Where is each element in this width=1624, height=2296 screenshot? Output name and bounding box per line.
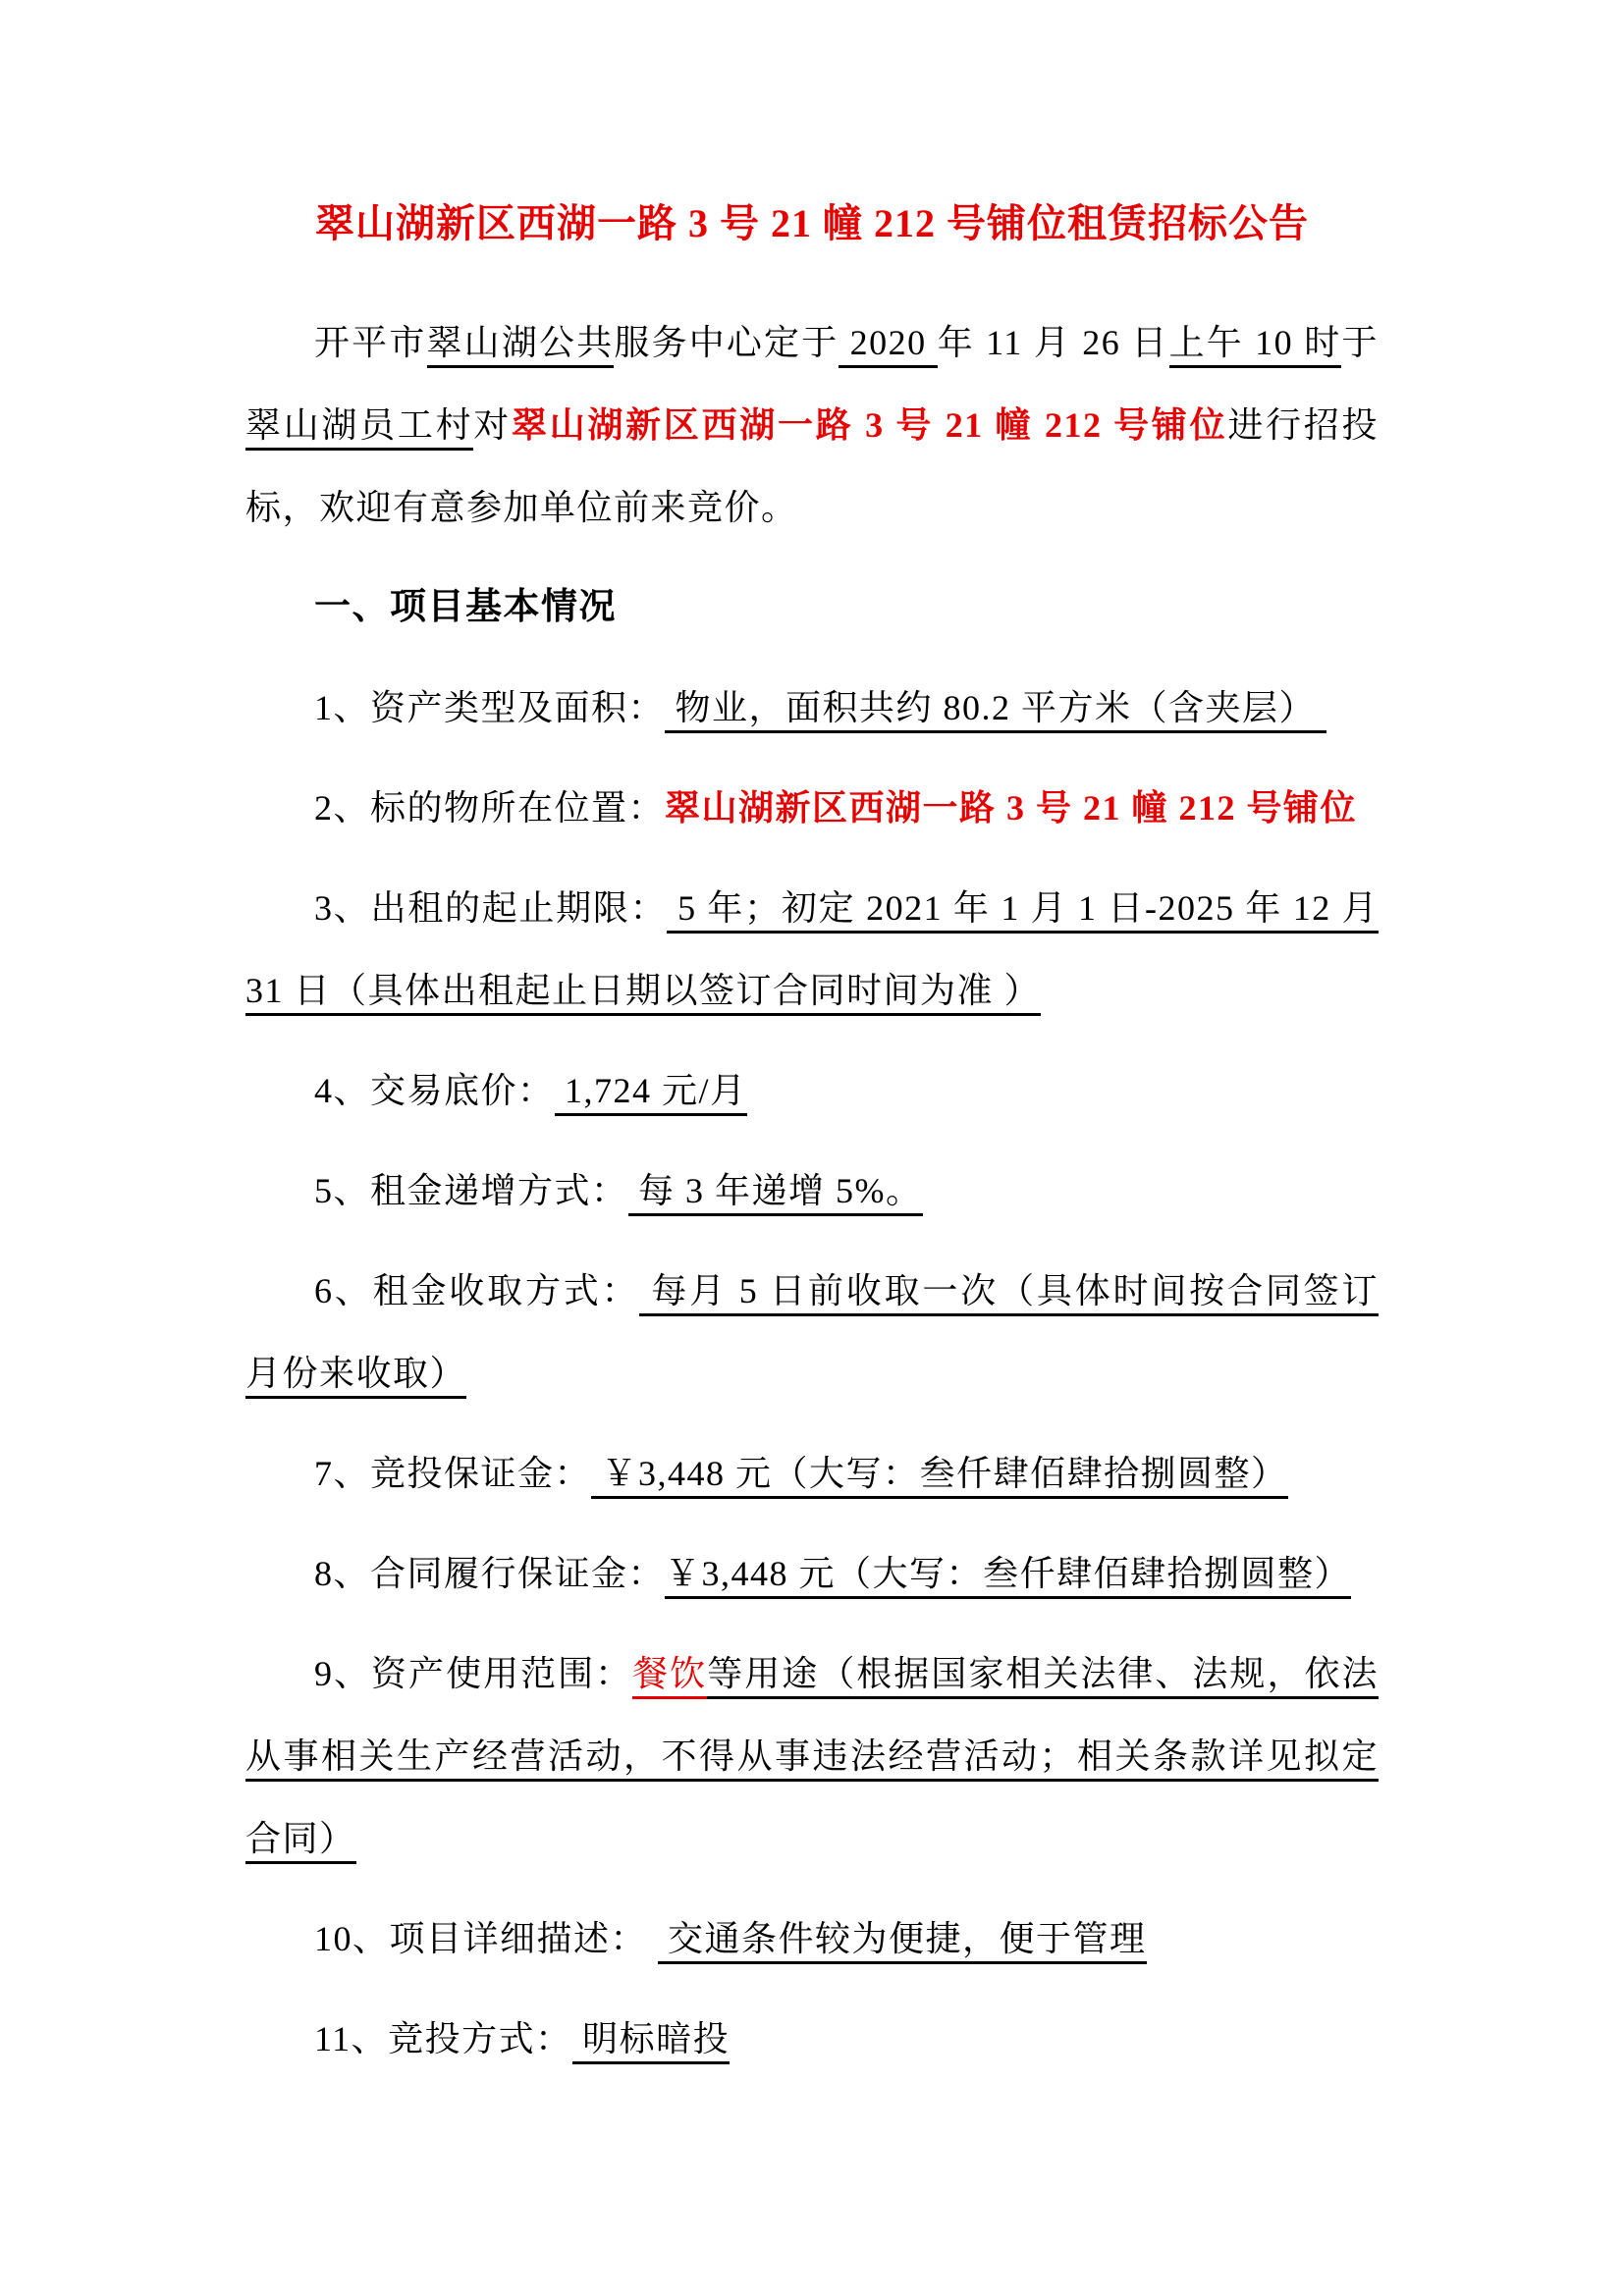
text-run: 餐饮	[632, 1654, 707, 1699]
document-title: 翠山湖新区西湖一路 3 号 21 幢 212 号铺位租赁招标公告	[245, 191, 1379, 256]
item-6-rent-collection-line-2: 月份来收取）	[245, 1332, 1379, 1415]
section-heading: 一、项目基本情况	[245, 566, 1379, 649]
item-10-description: 10、项目详细描述： 交通条件较为便捷，便于管理	[245, 1897, 1379, 1980]
text-run: 年 11 月 26 日	[938, 323, 1169, 362]
intro-line-2: 翠山湖员工村对翠山湖新区西湖一路 3 号 21 幢 212 号铺位进行招投	[245, 384, 1379, 466]
text-run: ￥3,448 元（大写：叁仟肆佰肆拾捌圆整）	[665, 1554, 1351, 1599]
text-run: 11、竞投方式：	[314, 2019, 572, 2058]
text-run: 上午 10 时	[1169, 323, 1342, 368]
item-4-base-price: 4、交易底价： 1,724 元/月	[245, 1049, 1379, 1132]
text-run: 5、租金递增方式：	[314, 1171, 628, 1210]
text-run: 1,724 元/月	[555, 1071, 747, 1116]
text-run: 于	[1341, 323, 1379, 362]
text-run: 等用途（根据国家相关法律、法规，依法	[707, 1654, 1379, 1699]
item-5-rent-increase: 5、租金递增方式： 每 3 年递增 5%。	[245, 1149, 1379, 1232]
text-run: 翠山湖新区西湖一路 3 号 21 幢 212 号铺位	[665, 788, 1357, 828]
text-run: 7、竞投保证金：	[314, 1454, 591, 1493]
text-run: 明标暗投	[572, 2019, 731, 2064]
text-run: 合同）	[245, 1819, 356, 1864]
document-page: 翠山湖新区西湖一路 3 号 21 幢 212 号铺位租赁招标公告 开平市翠山湖公…	[0, 0, 1624, 2296]
text-run: 物业，面积共约 80.2 平方米（含夹层）	[665, 688, 1326, 733]
text-run: 8、合同履行保证金：	[314, 1554, 665, 1593]
text-run: 服务中心定于	[614, 323, 839, 362]
text-run: 从事相关生产经营活动，不得从事违法经营活动；相关条款详见拟定	[245, 1736, 1379, 1782]
text-run: 3、出租的起止期限：	[314, 888, 667, 928]
text-run: 2020	[839, 323, 937, 368]
text-run: 一、项目基本情况	[314, 587, 617, 627]
text-run: 每 3 年递增 5%。	[628, 1171, 923, 1216]
text-run: 翠山湖员工村	[245, 405, 473, 451]
text-run: 标，欢迎有意参加单位前来竞价。	[245, 488, 798, 527]
text-run: 10、项目详细描述：	[314, 1919, 658, 1958]
text-run: 4、交易底价：	[314, 1071, 555, 1110]
item-6-rent-collection-line-1: 6、租金收取方式： 每月 5 日前收取一次（具体时间按合同签订	[245, 1250, 1379, 1332]
intro-line-1: 开平市翠山湖公共服务中心定于 2020 年 11 月 26 日上午 10 时于	[245, 301, 1379, 384]
document-body: 开平市翠山湖公共服务中心定于 2020 年 11 月 26 日上午 10 时于翠…	[245, 301, 1379, 2080]
item-1-asset-type: 1、资产类型及面积： 物业，面积共约 80.2 平方米（含夹层）	[245, 667, 1379, 749]
item-3-lease-term-line-2: 31 日（具体出租起止日期以签订合同时间为准 ）	[245, 949, 1379, 1032]
item-11-bid-method: 11、竞投方式： 明标暗投	[245, 1998, 1379, 2080]
item-3-lease-term-line-1: 3、出租的起止期限： 5 年；初定 2021 年 1 月 1 日-2025 年 …	[245, 867, 1379, 949]
text-run: 月份来收取）	[245, 1354, 466, 1399]
intro-line-3: 标，欢迎有意参加单位前来竞价。	[245, 466, 1379, 549]
text-run: 翠山湖新区西湖一路 3 号 21 幢 212 号铺位	[512, 405, 1227, 445]
text-run: 每月 5 日前收取一次（具体时间按合同签订	[639, 1271, 1379, 1316]
text-run: 6、租金收取方式：	[314, 1271, 639, 1310]
item-2-location: 2、标的物所在位置：翠山湖新区西湖一路 3 号 21 幢 212 号铺位	[245, 767, 1379, 849]
item-8-contract-deposit: 8、合同履行保证金：￥3,448 元（大写：叁仟肆佰肆拾捌圆整）	[245, 1532, 1379, 1615]
text-run: 交通条件较为便捷，便于管理	[658, 1919, 1147, 1964]
text-run: 9、资产使用范围：	[314, 1654, 632, 1693]
text-run: 31 日（具体出租起止日期以签订合同时间为准 ）	[245, 971, 1041, 1016]
item-9-usage-scope-line-2: 从事相关生产经营活动，不得从事违法经营活动；相关条款详见拟定	[245, 1715, 1379, 1797]
item-9-usage-scope-line-1: 9、资产使用范围：餐饮等用途（根据国家相关法律、法规，依法	[245, 1632, 1379, 1715]
text-run: 1、资产类型及面积：	[314, 688, 665, 727]
item-7-bid-deposit: 7、竞投保证金： ￥3,448 元（大写：叁仟肆佰肆拾捌圆整）	[245, 1432, 1379, 1515]
item-9-usage-scope-line-3: 合同）	[245, 1797, 1379, 1880]
text-run: ￥3,448 元（大写：叁仟肆佰肆拾捌圆整）	[591, 1454, 1288, 1499]
text-run: 开平市	[314, 323, 427, 362]
text-run: 对	[473, 405, 512, 445]
text-run: 进行招投	[1227, 405, 1379, 445]
text-run: 5 年；初定 2021 年 1 月 1 日-2025 年 12 月	[667, 888, 1379, 934]
text-run: 2、标的物所在位置：	[314, 788, 665, 828]
text-run: 翠山湖公共	[427, 323, 615, 368]
